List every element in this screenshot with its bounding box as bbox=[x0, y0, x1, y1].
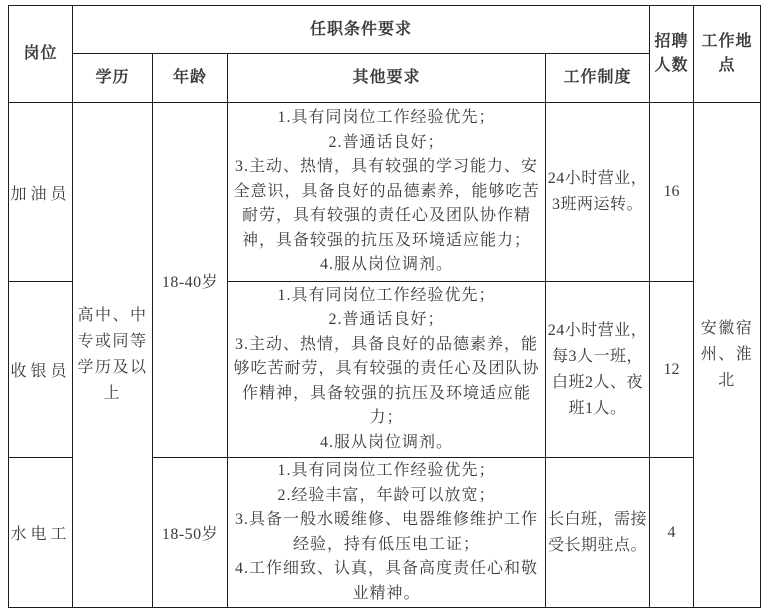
header-position: 岗位 bbox=[9, 6, 73, 103]
table-row-refueler: 加油员 高中、中专或同等学历及以上 18-40岁 1.具有同岗位工作经验优先； … bbox=[9, 103, 761, 282]
header-education: 学历 bbox=[73, 54, 153, 103]
header-requirements-group: 任职条件要求 bbox=[73, 6, 650, 54]
position-refueler: 加油员 bbox=[9, 103, 73, 282]
header-location: 工作地点 bbox=[694, 6, 761, 103]
schedule-cashier: 24小时营业，每3人一班，白班2人、夜班1人。 bbox=[546, 282, 650, 458]
position-cashier: 收银员 bbox=[9, 282, 73, 458]
requirements-cashier: 1.具有同岗位工作经验优先； 2.普通话良好； 3.主动、热情，具备良好的品德素… bbox=[228, 282, 546, 458]
header-row-sub: 学历 年龄 其他要求 工作制度 bbox=[9, 54, 761, 103]
requirements-plumber-electrician: 1.具有同岗位工作经验优先； 2.经验丰富，年龄可以放宽； 3.具备一般水暖维修… bbox=[228, 458, 546, 608]
header-other-requirements: 其他要求 bbox=[228, 54, 546, 103]
header-headcount: 招聘人数 bbox=[650, 6, 694, 103]
header-age: 年龄 bbox=[153, 54, 228, 103]
education-cell: 高中、中专或同等学历及以上 bbox=[73, 103, 153, 608]
recruitment-table: 岗位 任职条件要求 招聘人数 工作地点 学历 年龄 其他要求 工作制度 加油员 … bbox=[8, 5, 761, 608]
header-row-top: 岗位 任职条件要求 招聘人数 工作地点 bbox=[9, 6, 761, 54]
headcount-refueler: 16 bbox=[650, 103, 694, 282]
schedule-refueler: 24小时营业，3班两运转。 bbox=[546, 103, 650, 282]
headcount-cashier: 12 bbox=[650, 282, 694, 458]
headcount-plumber-electrician: 4 bbox=[650, 458, 694, 608]
position-plumber-electrician: 水电工 bbox=[9, 458, 73, 608]
header-work-schedule: 工作制度 bbox=[546, 54, 650, 103]
age-cell-rows-1-2: 18-40岁 bbox=[153, 103, 228, 458]
location-cell: 安徽宿州、淮北 bbox=[694, 103, 761, 608]
requirements-refueler: 1.具有同岗位工作经验优先； 2.普通话良好； 3.主动、热情，具有较强的学习能… bbox=[228, 103, 546, 282]
age-cell-row-3: 18-50岁 bbox=[153, 458, 228, 608]
schedule-plumber-electrician: 长白班，需接受长期驻点。 bbox=[546, 458, 650, 608]
